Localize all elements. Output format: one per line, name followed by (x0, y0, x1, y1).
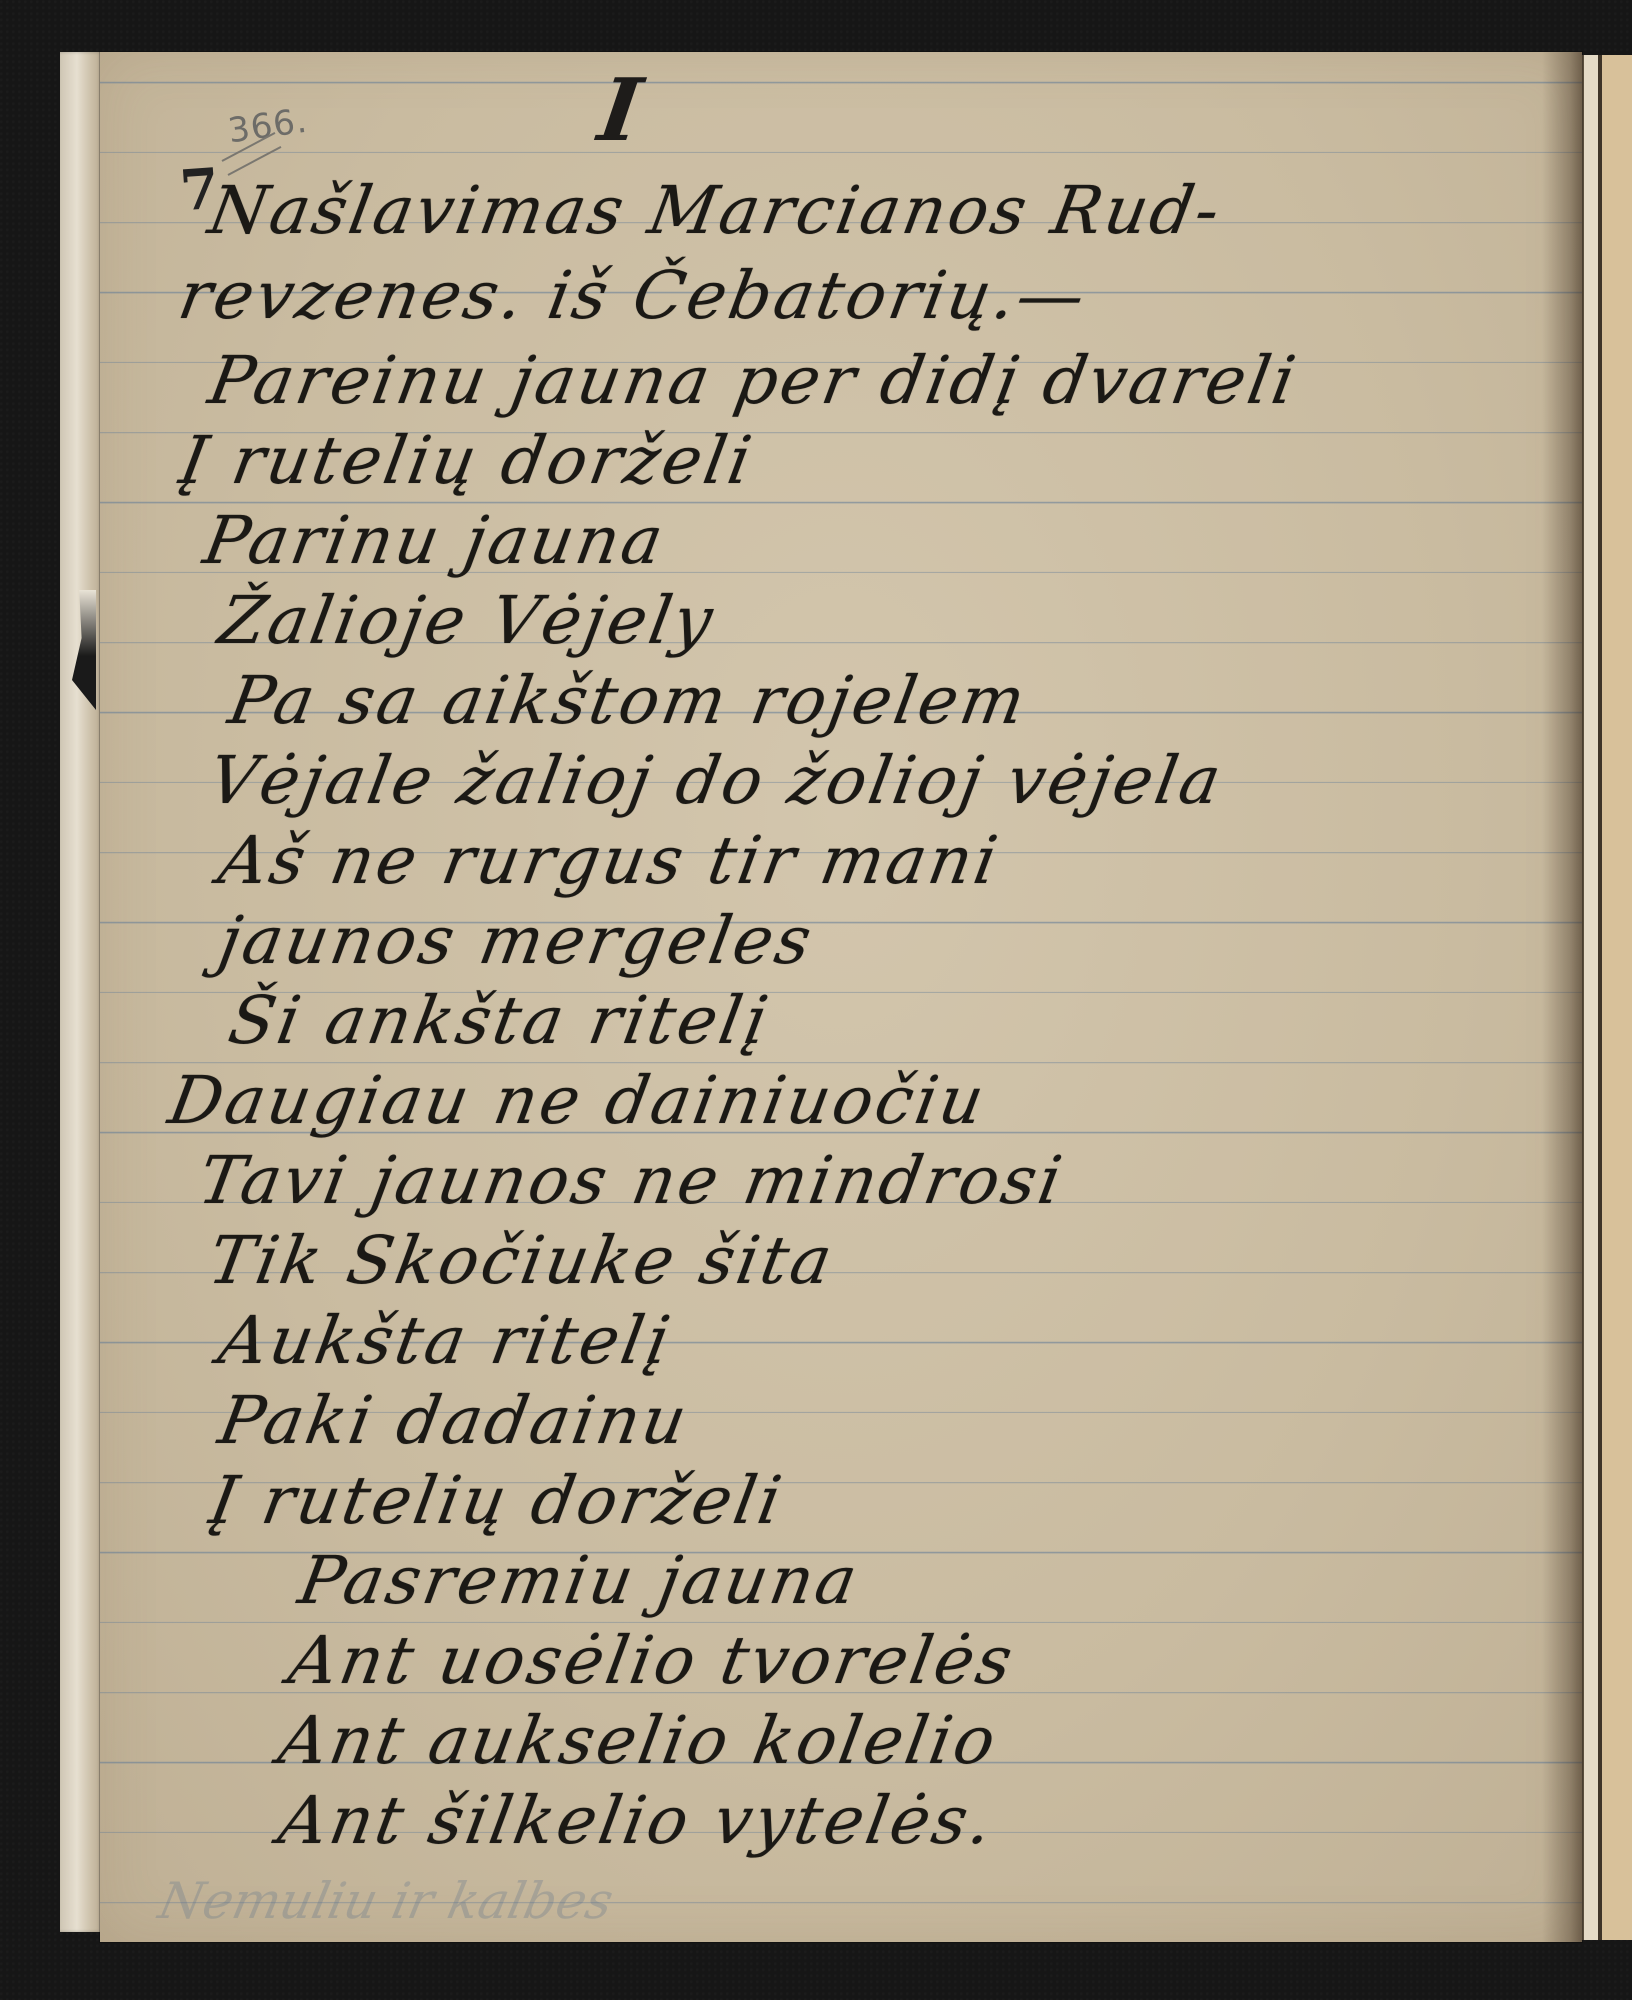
bleed-through-text: Nemuliu ir kalbes (154, 1872, 619, 1930)
verse-line: Parinu jauna (198, 502, 671, 579)
verse-line: Ant šilkelio vytelės. (273, 1782, 1000, 1859)
manuscript-page: Nemuliu ir kalbes I 366. 7 Našlavimas Ma… (100, 52, 1582, 1942)
verse-line: Pareinu jauna per didį dvareli (203, 342, 1303, 419)
verse-line: Pa sa aikštom rojelem (223, 662, 1033, 739)
verse-line: Į rutelių dorželi (203, 1462, 790, 1539)
notebook-back-pages (1580, 55, 1632, 1940)
verse-line: Ant aukselio kolelio (273, 1702, 1004, 1779)
verse-line: Daugiau ne dainiuočiu (163, 1062, 992, 1139)
verse-line: Žalioje Vėjely (213, 582, 721, 659)
verse-line: Tik Skočiuke šita (203, 1222, 840, 1299)
verse-line: Į rutelių dorželi (173, 422, 760, 499)
verse-line: Vėjale žalioj do žolioj vėjela (203, 742, 1229, 819)
verse-line: Tavi jaunos ne mindrosi (193, 1142, 1070, 1219)
title-line: revzenes. iš Čebatorių.— (173, 257, 1093, 334)
verse-line: Aš ne rurgus tir mani (213, 822, 1006, 899)
title-line: Našlavimas Marcianos Rud- (203, 172, 1228, 249)
verse-line: jaunos mergeles (213, 902, 820, 979)
verse-line: Ši ankšta ritelį (223, 982, 775, 1059)
verse-line: Aukšta ritelį (213, 1302, 677, 1379)
torn-binding-strip (60, 52, 102, 1932)
verse-line: Paki dadainu (213, 1382, 695, 1459)
verse-line: Pasremiu jauna (293, 1542, 865, 1619)
verse-line: Ant uosėlio tvorelės (283, 1622, 1021, 1699)
